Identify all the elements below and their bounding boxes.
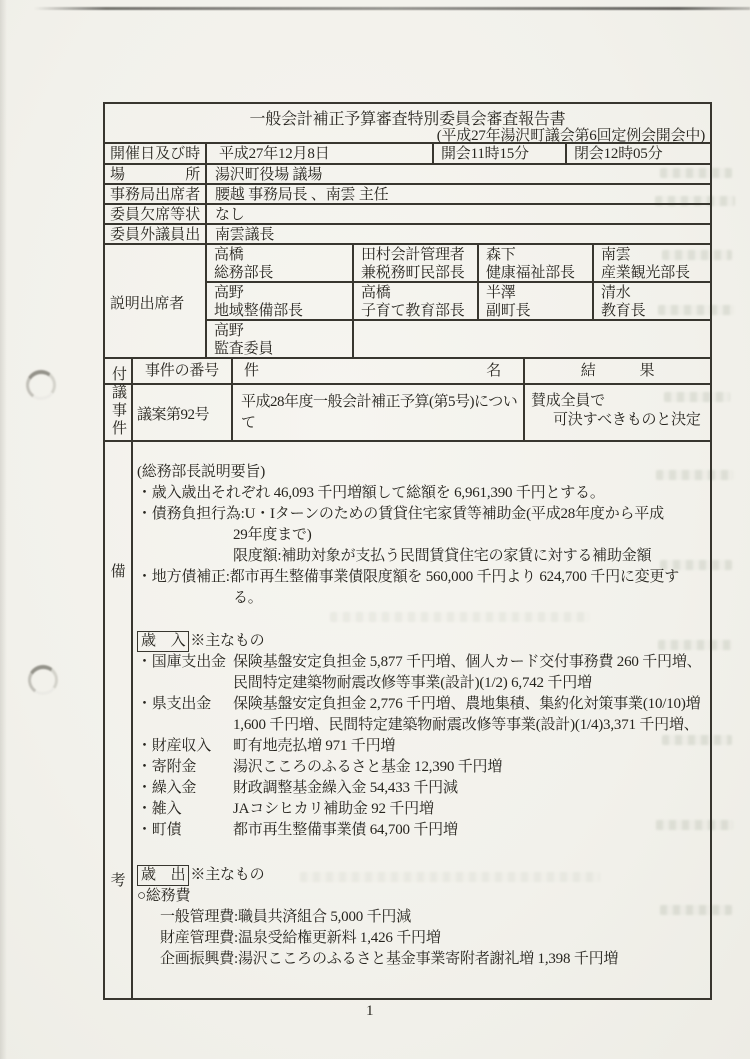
revenue-desc: 都市再生整備事業債 64,700 千円増 (233, 820, 706, 841)
expenditure-item: 財産管理費:温泉受給権更新料 1,426 千円増 (137, 928, 706, 949)
close-time: 閉会12時05分 (567, 144, 710, 163)
attendee-name: 南雲 (601, 246, 710, 264)
revenue-heading-box: 歳 入 (137, 631, 189, 652)
page-number: 1 (366, 1003, 373, 1020)
attendee-cell: 高野 地域整備部長 (207, 283, 354, 319)
agenda-section-label-cell: 付議事件 (105, 359, 133, 442)
punch-hole-shadow (24, 368, 59, 403)
explainers-row: 高野 地域整備部長 高橋 子育て教育部長 半澤 副町長 清水 教育長 (207, 283, 710, 321)
table-row: 委員欠席等状況 なし (105, 205, 710, 225)
attendee-cell: 高橋 総務部長 (207, 245, 354, 281)
report-table: 一般会計補正予算審査特別委員会審査報告書 (平成27年湯沢町議会第6回定例会開会… (103, 102, 712, 1000)
agenda-col-result-char: 結 (581, 359, 596, 383)
revenue-heading: 歳 入※主なもの (137, 631, 706, 652)
revenue-term: ・県支出金 (137, 694, 233, 736)
expenditure-heading: 歳 出※主なもの (137, 865, 706, 886)
expenditure-item: 一般管理費:職員共済組合 5,000 千円減 (137, 907, 706, 928)
revenue-term: ・繰入金 (137, 778, 233, 799)
table-row: 委員外議員出席者 南雲議長 (105, 225, 710, 245)
report-title: 一般会計補正予算審査特別委員会審査報告書 (105, 104, 710, 124)
attendee-title: 監査委員 (214, 340, 352, 358)
attendee-title: 副町長 (486, 302, 592, 319)
meeting-date: 平成27年12月8日 (207, 144, 434, 163)
secretariat-value: 腰越 事務局長 、南雲 主任 (207, 185, 710, 203)
punch-hole-shadow (26, 663, 61, 698)
attendee-name: 高野 (214, 284, 352, 302)
attendee-cell-empty (354, 321, 710, 359)
attendee-title: 兼税務町民部長 (361, 264, 477, 281)
revenue-item: ・県支出金 保険基盤安定負担金 2,776 千円増、農地集積、集約化対策事業(1… (137, 694, 706, 736)
scan-edge-artifact (34, 7, 750, 10)
attendee-title: 産業観光部長 (601, 264, 710, 281)
revenue-desc: 保険基盤安定負担金 5,877 千円増、個人カード交付事務費 260 千円増、民… (233, 652, 706, 694)
place-label: 場所 (105, 165, 207, 183)
expenditure-item: 企画振興費:湯沢こころのふるさと基金事業寄附者謝礼増 1,398 千円増 (137, 949, 706, 970)
nonmember-value: 南雲議長 (207, 225, 710, 243)
revenue-item: ・雑入 JAコシヒカリ補助金 92 千円増 (137, 799, 706, 820)
summary-line: る。 (137, 588, 706, 609)
report-header: 一般会計補正予算審査特別委員会審査報告書 (平成27年湯沢町議会第6回定例会開会… (105, 104, 710, 144)
spacer (137, 609, 706, 631)
attendee-name: 森下 (486, 246, 592, 264)
table-row: 事務局出席者 腰越 事務局長 、南雲 主任 (105, 185, 710, 205)
revenue-heading-note: ※主なもの (190, 633, 264, 649)
attendee-name: 高橋 (214, 246, 352, 264)
attendee-name: 田村会計管理者 (361, 246, 477, 264)
result-line: 賛成全員で (531, 392, 710, 411)
attendee-title: 教育長 (601, 302, 710, 319)
scanned-report-page: 一般会計補正予算審査特別委員会審査報告書 (平成27年湯沢町議会第6回定例会開会… (0, 0, 750, 1059)
scan-edge-shade (0, 0, 7, 1059)
revenue-term: ・財産収入 (137, 736, 233, 757)
attendee-name: 半澤 (486, 284, 592, 302)
attendee-title: 地域整備部長 (214, 302, 352, 319)
agenda-header-row: 事件の番号 件 名 結 果 (105, 359, 710, 385)
spacer (137, 841, 706, 865)
revenue-desc: 町有地売払増 971 千円増 (233, 736, 706, 757)
revenue-item: ・町債 都市再生整備事業債 64,700 千円増 (137, 820, 706, 841)
revenue-item: ・財産収入 町有地売払増 971 千円増 (137, 736, 706, 757)
revenue-term: ・町債 (137, 820, 233, 841)
revenue-item: ・繰入金 財政調整基金繰入金 54,433 千円減 (137, 778, 706, 799)
summary-line: ・歳入歳出それぞれ 46,093 千円増額して総額を 6,961,390 千円と… (137, 483, 706, 504)
expenditure-heading-note: ※主なもの (190, 867, 264, 883)
agenda-col-name-char: 件 (244, 359, 259, 383)
agenda-item-row: 付議事件 議案第92号 平成28年度一般会計補正予算(第5号)について 賛成全員… (105, 385, 710, 442)
attendee-title: 総務部長 (214, 264, 352, 281)
place-value: 湯沢町役場 議場 (207, 165, 710, 183)
attendee-cell: 森下 健康福祉部長 (479, 245, 594, 281)
revenue-desc: 保険基盤安定負担金 2,776 千円増、農地集積、集約化対策事業(10/10)増… (233, 694, 706, 736)
summary-line: 限度額:補助対象が支払う民間賃貸住宅の家賃に対する補助金額 (137, 546, 706, 567)
schedule-row: 開催日及び時間 平成27年12月8日 開会11時15分 閉会12時05分 (105, 144, 710, 165)
attendee-cell: 半澤 副町長 (479, 283, 594, 319)
agenda-col-name-char: 名 (486, 359, 501, 383)
nonmember-label: 委員外議員出席者 (105, 225, 207, 243)
remarks-body: (総務部長説明要旨) ・歳入歳出それぞれ 46,093 千円増額して総額を 6,… (133, 442, 710, 998)
summary-line: ・地方債補正:都市再生整備事業債限度額を 560,000 千円より 624,70… (137, 567, 706, 588)
schedule-label: 開催日及び時間 (105, 144, 207, 163)
revenue-term: ・寄附金 (137, 757, 233, 778)
summary-line: 29年度まで) (137, 525, 706, 546)
revenue-desc: 財政調整基金繰入金 54,433 千円減 (233, 778, 706, 799)
revenue-item: ・寄附金 湯沢こころのふるさと基金 12,390 千円増 (137, 757, 706, 778)
explainers-label: 説明出席者 (105, 245, 207, 359)
revenue-term: ・国庫支出金 (137, 652, 233, 694)
agenda-section-label: 付議事件 (105, 359, 131, 442)
remarks-label: 備 考 (105, 442, 133, 998)
remarks-label-char: 考 (111, 869, 126, 890)
attendee-cell: 田村会計管理者 兼税務町民部長 (354, 245, 479, 281)
attendee-title: 健康福祉部長 (486, 264, 592, 281)
attendee-cell: 高橋 子育て教育部長 (354, 283, 479, 319)
attendee-name: 清水 (601, 284, 710, 302)
attendee-cell: 南雲 産業観光部長 (594, 245, 710, 281)
remarks-label-char: 備 (111, 560, 126, 581)
revenue-term: ・雑入 (137, 799, 233, 820)
agenda-item-number: 議案第92号 (133, 385, 233, 442)
table-row: 場所 湯沢町役場 議場 (105, 165, 710, 185)
agenda-item-result: 賛成全員で 可決すべきものと決定 (525, 385, 710, 442)
explainers-row: 高橋 総務部長 田村会計管理者 兼税務町民部長 森下 健康福祉部長 南雲 産業観… (207, 245, 710, 283)
absence-label: 委員欠席等状況 (105, 205, 207, 223)
absence-value: なし (207, 205, 710, 223)
attendee-title: 子育て教育部長 (361, 302, 477, 319)
agenda-col-result-char: 果 (640, 359, 655, 383)
expenditure-heading-box: 歳 出 (137, 865, 189, 886)
agenda-item-name: 平成28年度一般会計補正予算(第5号)について (233, 385, 525, 442)
attendee-name: 高野 (214, 322, 352, 340)
revenue-desc: JAコシヒカリ補助金 92 千円増 (233, 799, 706, 820)
expenditure-category: ○総務費 (137, 886, 706, 907)
result-line: 可決すべきものと決定 (531, 411, 710, 430)
summary-line: ・債務負担行為:U・Iターンのための賃貸住宅家賃等補助金(平成28年度から平成 (137, 504, 706, 525)
revenue-desc: 湯沢こころのふるさと基金 12,390 千円増 (233, 757, 706, 778)
agenda-col-name: 件 名 (233, 359, 525, 383)
explainers-grid: 高橋 総務部長 田村会計管理者 兼税務町民部長 森下 健康福祉部長 南雲 産業観… (207, 245, 710, 359)
attendee-cell: 清水 教育長 (594, 283, 710, 319)
open-time: 開会11時15分 (434, 144, 567, 163)
remarks-section: 備 考 (総務部長説明要旨) ・歳入歳出それぞれ 46,093 千円増額して総額… (105, 442, 710, 998)
agenda-col-number: 事件の番号 (133, 359, 233, 383)
secretariat-label: 事務局出席者 (105, 185, 207, 203)
summary-title: (総務部長説明要旨) (137, 462, 706, 483)
attendee-cell: 高野 監査委員 (207, 321, 354, 359)
explainers-section: 説明出席者 高橋 総務部長 田村会計管理者 兼税務町民部長 森下 健康福祉部長 (105, 245, 710, 359)
attendee-name: 高橋 (361, 284, 477, 302)
agenda-col-result: 結 果 (525, 359, 710, 383)
explainers-row: 高野 監査委員 (207, 321, 710, 359)
revenue-item: ・国庫支出金 保険基盤安定負担金 5,877 千円増、個人カード交付事務費 26… (137, 652, 706, 694)
